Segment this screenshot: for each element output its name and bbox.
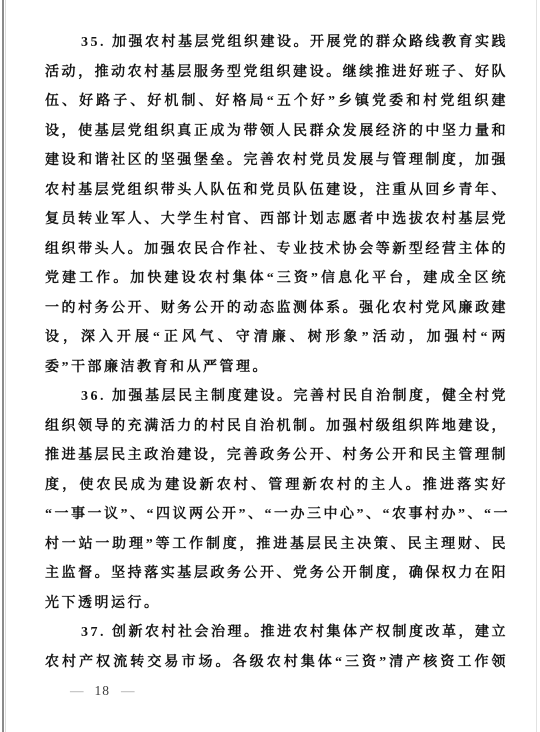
paragraph-36: 36. 加强基层民主制度建设。完善村民自治制度，健全村党 组织领导的充满活力的村… xyxy=(45,382,508,618)
page-number: 18 xyxy=(95,683,111,699)
text-line: 农村产权流转交易市场。各级农村集体“三资”清产核资工作领 xyxy=(45,648,508,678)
text-line: 光下透明运行。 xyxy=(45,589,508,619)
page-left-edge-line xyxy=(2,0,4,732)
page-footer: — 18 — xyxy=(70,683,135,699)
page-left-edge-shadow xyxy=(5,0,6,732)
text-line: 组织带头人。加强农民合作社、专业技术协会等新型经营主体的 xyxy=(45,235,508,265)
text-line: 村一站一助理”等工作制度，推进基层民主决策、民主理财、民 xyxy=(45,530,508,560)
text-line: “一事一议”、“四议两公开”、“一办三中心”、“农事村办”、“一 xyxy=(45,500,508,530)
text-line: 复员转业军人、大学生村官、西部计划志愿者中选拔农村基层党 xyxy=(45,205,508,235)
text-line: 委”干部廉洁教育和从严管理。 xyxy=(45,353,508,383)
text-line: 活动，推动农村基层服务型党组织建设。继续推进好班子、好队 xyxy=(45,58,508,88)
paragraph-37: 37. 创新农村社会治理。推进农村集体产权制度改革，建立 农村产权流转交易市场。… xyxy=(45,618,508,677)
text-line: 组织领导的充满活力的村民自治机制。加强村级组织阵地建设， xyxy=(45,412,508,442)
footer-dash-right: — xyxy=(121,683,135,699)
text-line: 一的村务公开、财务公开的动态监测体系。强化农村党风廉政建 xyxy=(45,294,508,324)
text-line: 农村基层党组织带头人队伍和党员队伍建设，注重从回乡青年、 xyxy=(45,176,508,206)
document-page: 35. 加强农村基层党组织建设。开展党的群众路线教育实践 活动，推动农村基层服务… xyxy=(0,0,540,732)
text-line: 35. 加强农村基层党组织建设。开展党的群众路线教育实践 xyxy=(45,28,508,58)
paragraph-35: 35. 加强农村基层党组织建设。开展党的群众路线教育实践 活动，推动农村基层服务… xyxy=(45,28,508,382)
text-line: 36. 加强基层民主制度建设。完善村民自治制度，健全村党 xyxy=(45,382,508,412)
text-line: 主监督。坚持落实基层政务公开、党务公开制度，确保权力在阳 xyxy=(45,559,508,589)
text-line: 党建工作。加快建设农村集体“三资”信息化平台，建成全区统 xyxy=(45,264,508,294)
text-line: 37. 创新农村社会治理。推进农村集体产权制度改革，建立 xyxy=(45,618,508,648)
text-line: 伍、好路子、好机制、好格局“五个好”乡镇党委和村党组织建 xyxy=(45,87,508,117)
page-right-edge-line xyxy=(536,0,537,732)
text-line: 设，使基层党组织真正成为带领人民群众发展经济的中坚力量和 xyxy=(45,117,508,147)
text-line: 推进基层民主政治建设，完善政务公开、村务公开和民主管理制 xyxy=(45,441,508,471)
text-line: 建设和谐社区的坚强堡垒。完善农村党员发展与管理制度，加强 xyxy=(45,146,508,176)
footer-dash-left: — xyxy=(70,683,84,699)
document-content: 35. 加强农村基层党组织建设。开展党的群众路线教育实践 活动，推动农村基层服务… xyxy=(45,28,508,699)
text-line: 度，使农民成为建设新农村、管理新农村的主人。推进落实好 xyxy=(45,471,508,501)
text-line: 设，深入开展“正风气、守清廉、树形象”活动，加强村“两 xyxy=(45,323,508,353)
